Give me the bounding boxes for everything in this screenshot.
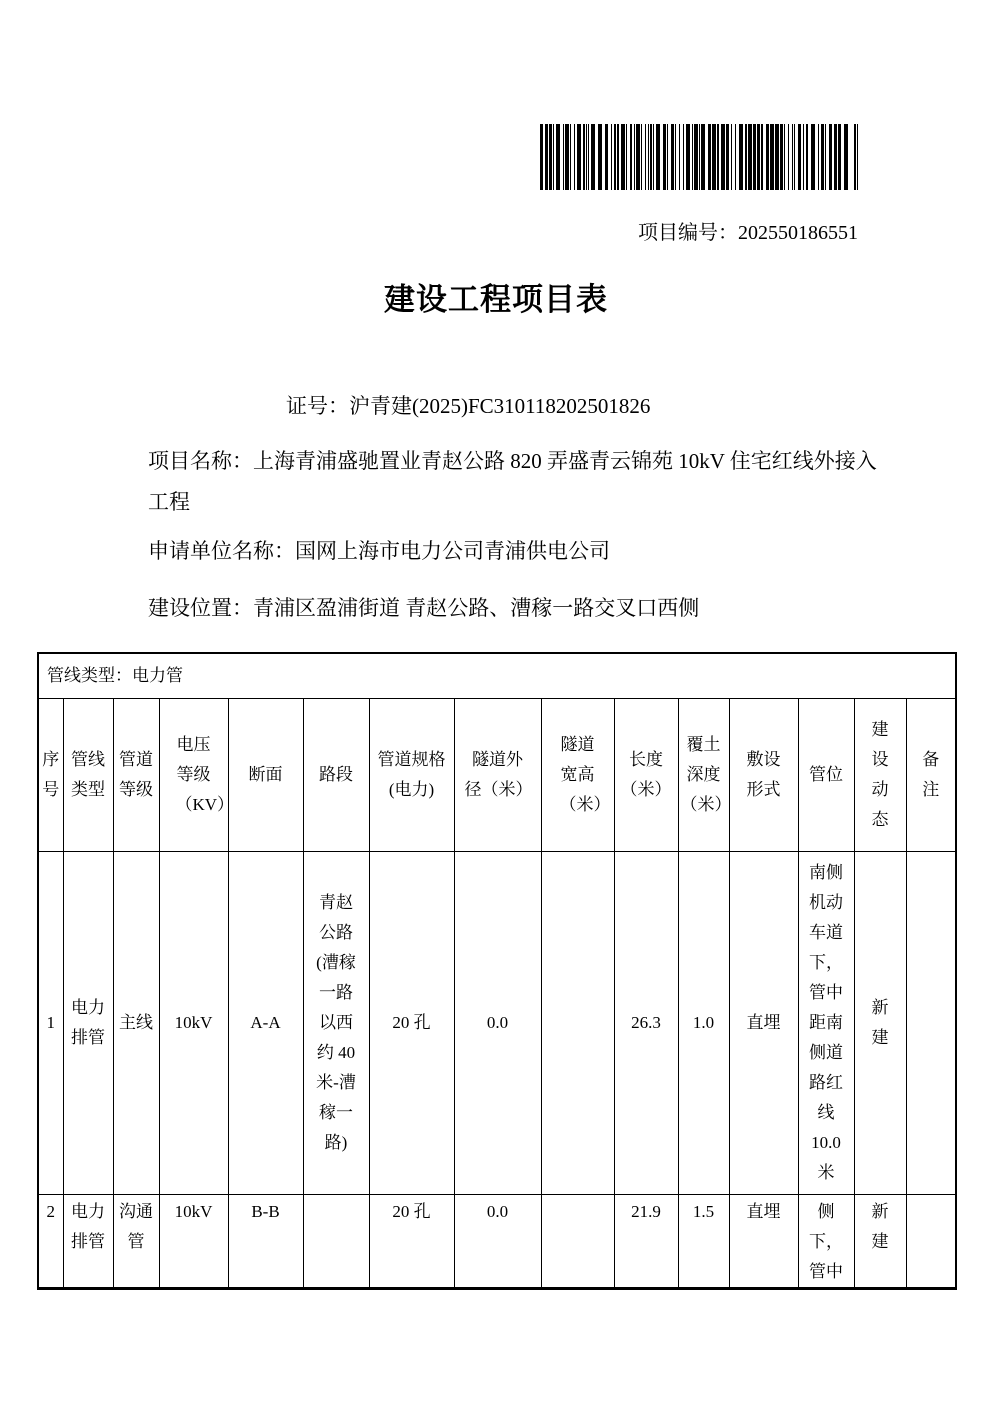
r2-tunnel-wh: [541, 1195, 614, 1289]
applicant-line: 申请单位名称：国网上海市电力公司青浦供电公司: [148, 531, 948, 572]
certificate-value: 沪青建(2025)FC310118202501826: [349, 394, 650, 418]
r1-tunnel-wh: [541, 852, 614, 1195]
barcode: [540, 124, 858, 190]
r2-spec: 20 孔: [369, 1195, 454, 1289]
r2-remark: [906, 1195, 956, 1289]
r1-seq: 1: [38, 852, 63, 1195]
applicant-label: 申请单位名称：: [148, 539, 295, 563]
r2-section: B-B: [228, 1195, 303, 1289]
location-line: 建设位置：青浦区盈浦街道 青赵公路、漕稼一路交叉口西侧: [148, 588, 948, 629]
r1-cover-depth: 1.0: [678, 852, 729, 1195]
col-tunnel-wh: 隧道宽高（米）: [541, 699, 614, 852]
r1-laying-form: 直埋: [729, 852, 798, 1195]
col-section: 断面: [228, 699, 303, 852]
r1-pipeline-type: 电力排管: [63, 852, 113, 1195]
col-spec: 管道规格(电力): [369, 699, 454, 852]
col-seq: 序号: [38, 699, 63, 852]
r2-pipeline-type: 电力排管: [63, 1195, 113, 1289]
r1-road: 青赵公路(漕稼一路以西约 40 米-漕稼一路): [303, 852, 369, 1195]
certificate-line: 证号：沪青建(2025)FC310118202501826: [286, 392, 650, 420]
r2-seq: 2: [38, 1195, 63, 1289]
r2-voltage: 10kV: [159, 1195, 228, 1289]
document-page: 项目编号：202550186551 建设工程项目表 证号：沪青建(2025)FC…: [0, 0, 992, 1403]
r1-position: 南侧机动车道下，管中距南侧道路红线 10.0 米: [798, 852, 854, 1195]
project-number-label: 项目编号：: [638, 222, 738, 244]
location-label: 建设位置：: [148, 596, 253, 620]
r1-build-status: 新建: [854, 852, 906, 1195]
certificate-label: 证号：: [286, 394, 349, 418]
col-remark: 备注: [906, 699, 956, 852]
location-value: 青浦区盈浦街道 青赵公路、漕稼一路交叉口西侧: [253, 596, 699, 620]
col-length: 长度（米）: [614, 699, 678, 852]
r2-position: 侧下，管中: [798, 1195, 854, 1289]
table-header-row: 序号 管线类型 管道等级 电压等级（KV） 断面 路段 管道规格(电力) 隧道外…: [38, 699, 956, 852]
table-row-1: 1 电力排管 主线 10kV A-A 青赵公路(漕稼一路以西约 40 米-漕稼一…: [38, 852, 956, 1195]
r2-pipe-grade: 沟通管: [113, 1195, 159, 1289]
pipeline-table: 管线类型：电力管 序号 管线类型 管道等级 电压等级（KV） 断面 路段 管道规…: [37, 652, 957, 1290]
col-road: 路段: [303, 699, 369, 852]
r2-tunnel-od: 0.0: [454, 1195, 541, 1289]
r1-spec: 20 孔: [369, 852, 454, 1195]
pipeline-type-cell: 管线类型：电力管: [38, 653, 956, 699]
r1-tunnel-od: 0.0: [454, 852, 541, 1195]
project-name-line: 项目名称：上海青浦盛驰置业青赵公路 820 弄盛青云锦苑 10kV 住宅红线外接…: [148, 441, 880, 523]
page-title: 建设工程项目表: [0, 274, 992, 319]
col-pipeline-type: 管线类型: [63, 699, 113, 852]
table-row-2: 2 电力排管 沟通管 10kV B-B 20 孔 0.0 21.9 1.5 直埋…: [38, 1195, 956, 1289]
r2-length: 21.9: [614, 1195, 678, 1289]
project-number: 项目编号：202550186551: [533, 220, 858, 246]
r1-length: 26.3: [614, 852, 678, 1195]
pipeline-type-row: 管线类型：电力管: [38, 653, 956, 699]
project-name-label: 项目名称：: [148, 449, 253, 473]
r2-cover-depth: 1.5: [678, 1195, 729, 1289]
col-voltage: 电压等级（KV）: [159, 699, 228, 852]
col-build-status: 建设动态: [854, 699, 906, 852]
project-name-value: 上海青浦盛驰置业青赵公路 820 弄盛青云锦苑 10kV 住宅红线外接入工程: [148, 449, 877, 514]
r2-laying-form: 直埋: [729, 1195, 798, 1289]
col-cover-depth: 覆土深度（米）: [678, 699, 729, 852]
r1-section: A-A: [228, 852, 303, 1195]
col-laying-form: 敷设形式: [729, 699, 798, 852]
col-pipe-grade: 管道等级: [113, 699, 159, 852]
r1-remark: [906, 852, 956, 1195]
r2-road: [303, 1195, 369, 1289]
r1-pipe-grade: 主线: [113, 852, 159, 1195]
applicant-value: 国网上海市电力公司青浦供电公司: [295, 539, 610, 563]
r2-build-status: 新建: [854, 1195, 906, 1289]
col-position: 管位: [798, 699, 854, 852]
r1-voltage: 10kV: [159, 852, 228, 1195]
col-tunnel-od: 隧道外径（米）: [454, 699, 541, 852]
project-number-value: 202550186551: [738, 222, 858, 244]
